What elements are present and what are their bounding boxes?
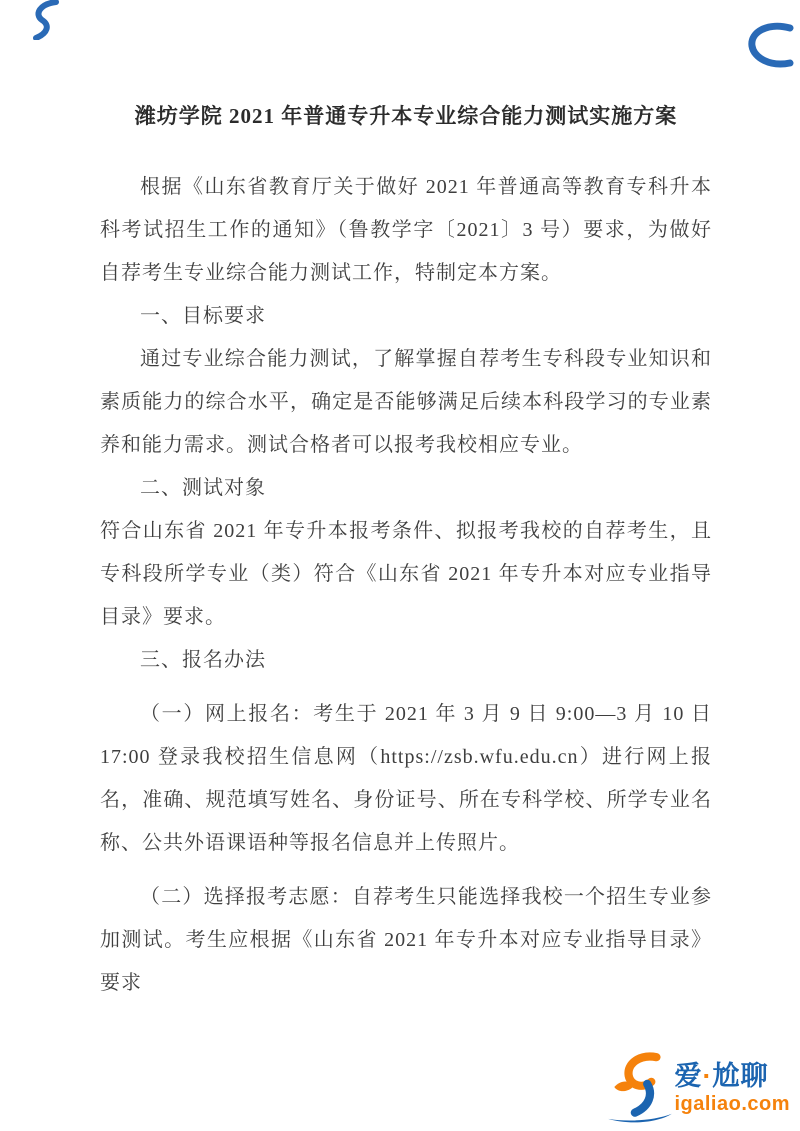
paragraph-goal: 通过专业综合能力测试，了解掌握自荐考生专科段专业知识和素质能力的综合水平，确定是… [100, 338, 712, 467]
paragraph-online-registration: （一）网上报名：考生于 2021 年 3 月 9 日 9:00—3 月 10 日… [100, 693, 712, 865]
page-title: 潍坊学院 2021 年普通专升本专业综合能力测试实施方案 [100, 102, 712, 130]
watermark-brand-dot: · [702, 1061, 712, 1091]
document-content: 潍坊学院 2021 年普通专升本专业综合能力测试实施方案 根据《山东省教育厅关于… [100, 0, 712, 1005]
watermark-brand-left: 爱 [674, 1061, 702, 1091]
document-page: 潍坊学院 2021 年普通专升本专业综合能力测试实施方案 根据《山东省教育厅关于… [0, 0, 800, 1131]
watermark-brand-name: 爱·尬聊 [674, 1061, 790, 1092]
section-heading-3: 三、报名办法 [100, 639, 712, 682]
paragraph-choose-major: （二）选择报考志愿：自荐考生只能选择我校一个招生专业参加测试。考生应根据《山东省… [100, 876, 712, 1005]
paragraph-test-target: 符合山东省 2021 年专升本报考条件、拟报考我校的自荐考生，且专科段所学专业（… [100, 510, 712, 639]
watermark-fragment-top-right-icon [744, 22, 796, 70]
watermark-domain: igaliao.com [674, 1092, 790, 1116]
igaliao-runner-icon [606, 1051, 674, 1125]
section-heading-1: 一、目标要求 [100, 295, 712, 338]
paragraph-intro: 根据《山东省教育厅关于做好 2021 年普通高等教育专科升本科考试招生工作的通知… [100, 166, 712, 295]
watermark-brand-right: 尬聊 [712, 1061, 768, 1091]
section-heading-2: 二、测试对象 [100, 467, 712, 510]
watermark-text: 爱·尬聊 igaliao.com [674, 1051, 790, 1116]
igaliao-watermark: 爱·尬聊 igaliao.com [606, 1051, 790, 1125]
watermark-fragment-top-left-icon [26, 0, 60, 40]
